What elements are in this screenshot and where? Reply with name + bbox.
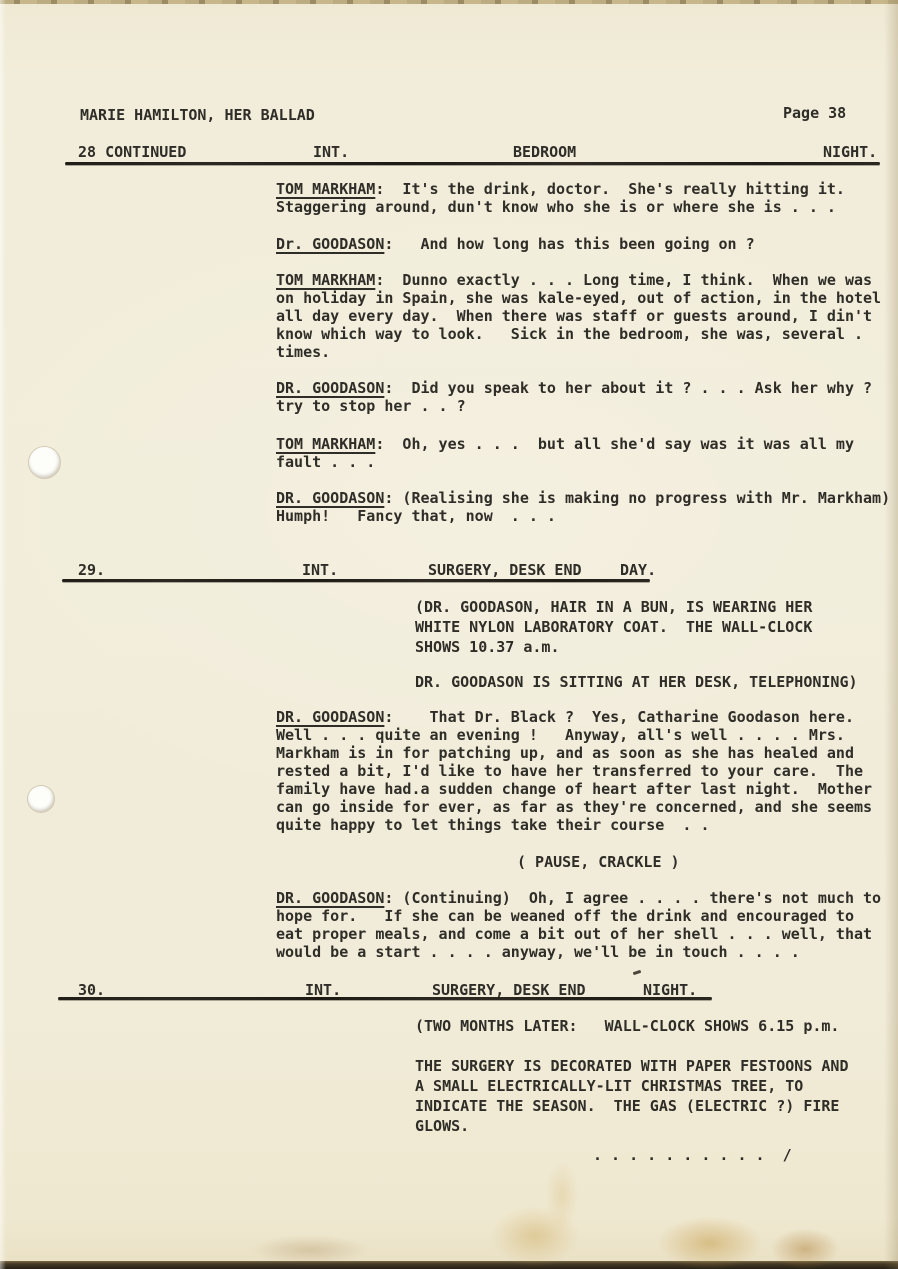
scene-number: 29.	[78, 561, 105, 579]
speaker-name: TOM MARKHAM	[276, 271, 375, 289]
speaker-name: Dr. GOODASON	[276, 235, 384, 253]
speaker-name: DR. GOODASON	[276, 708, 384, 726]
dialogue-block: DR. GOODASON: Did you speak to her about…	[276, 379, 872, 415]
dialogue-block: TOM MARKHAM: Oh, yes . . . but all she'd…	[276, 435, 854, 471]
speaker-name: DR. GOODASON	[276, 889, 384, 907]
dialogue-text: : And how long has this been going on ?	[384, 235, 754, 253]
scene-number: 28 CONTINUED	[78, 143, 186, 161]
scene-heading-rule	[58, 997, 712, 1000]
page-edge-bottom	[0, 1261, 898, 1269]
scene-heading-rule	[65, 162, 880, 165]
speaker-name: DR. GOODASON	[276, 489, 384, 507]
speaker-name: TOM MARKHAM	[276, 435, 375, 453]
script-page: MARIE HAMILTON, HER BALLAD Page 38 28 CO…	[0, 0, 898, 1269]
punch-hole-top	[29, 447, 60, 478]
sound-cue: ( PAUSE, CRACKLE )	[517, 853, 680, 871]
punch-hole-bottom	[28, 786, 54, 812]
stage-direction: DR. GOODASON IS SITTING AT HER DESK, TEL…	[415, 672, 858, 692]
dialogue-block: Dr. GOODASON: And how long has this been…	[276, 235, 755, 253]
page-edge-right	[884, 0, 898, 1269]
page-title: MARIE HAMILTON, HER BALLAD	[80, 106, 315, 124]
dialogue-block: TOM MARKHAM: It's the drink, doctor. She…	[276, 180, 845, 216]
stage-direction: (DR. GOODASON, HAIR IN A BUN, IS WEARING…	[415, 597, 812, 657]
scene-time: NIGHT.	[823, 143, 877, 161]
scene-heading-rule	[62, 579, 650, 582]
speaker-name: TOM MARKHAM	[276, 180, 375, 198]
paper-stain	[545, 1160, 579, 1230]
scene-int-ext: INT.	[302, 561, 338, 579]
page-edge-top	[0, 0, 898, 4]
paper-stain	[490, 1205, 580, 1267]
continuation-marker: . . . . . . . . . . /	[593, 1146, 792, 1164]
stage-direction: THE SURGERY IS DECORATED WITH PAPER FEST…	[415, 1056, 848, 1136]
dialogue-block: DR. GOODASON: (Continuing) Oh, I agree .…	[276, 889, 881, 961]
stage-direction: (TWO MONTHS LATER: WALL-CLOCK SHOWS 6.15…	[415, 1016, 839, 1036]
page-number: Page 38	[783, 104, 846, 122]
scene-int-ext: INT.	[313, 143, 349, 161]
dialogue-block: DR. GOODASON: (Realising she is making n…	[276, 489, 890, 525]
dialogue-block: TOM MARKHAM: Dunno exactly . . . Long ti…	[276, 271, 881, 361]
scene-location: BEDROOM	[513, 143, 576, 161]
scene-location: SURGERY, DESK END	[428, 561, 582, 579]
speaker-name: DR. GOODASON	[276, 379, 384, 397]
page-edge-left	[0, 0, 6, 1269]
stray-mark	[633, 970, 642, 975]
dialogue-text: : That Dr. Black ? Yes, Catharine Goodas…	[276, 708, 872, 834]
dialogue-block: DR. GOODASON: That Dr. Black ? Yes, Cath…	[276, 708, 872, 834]
scene-time: DAY.	[620, 561, 656, 579]
